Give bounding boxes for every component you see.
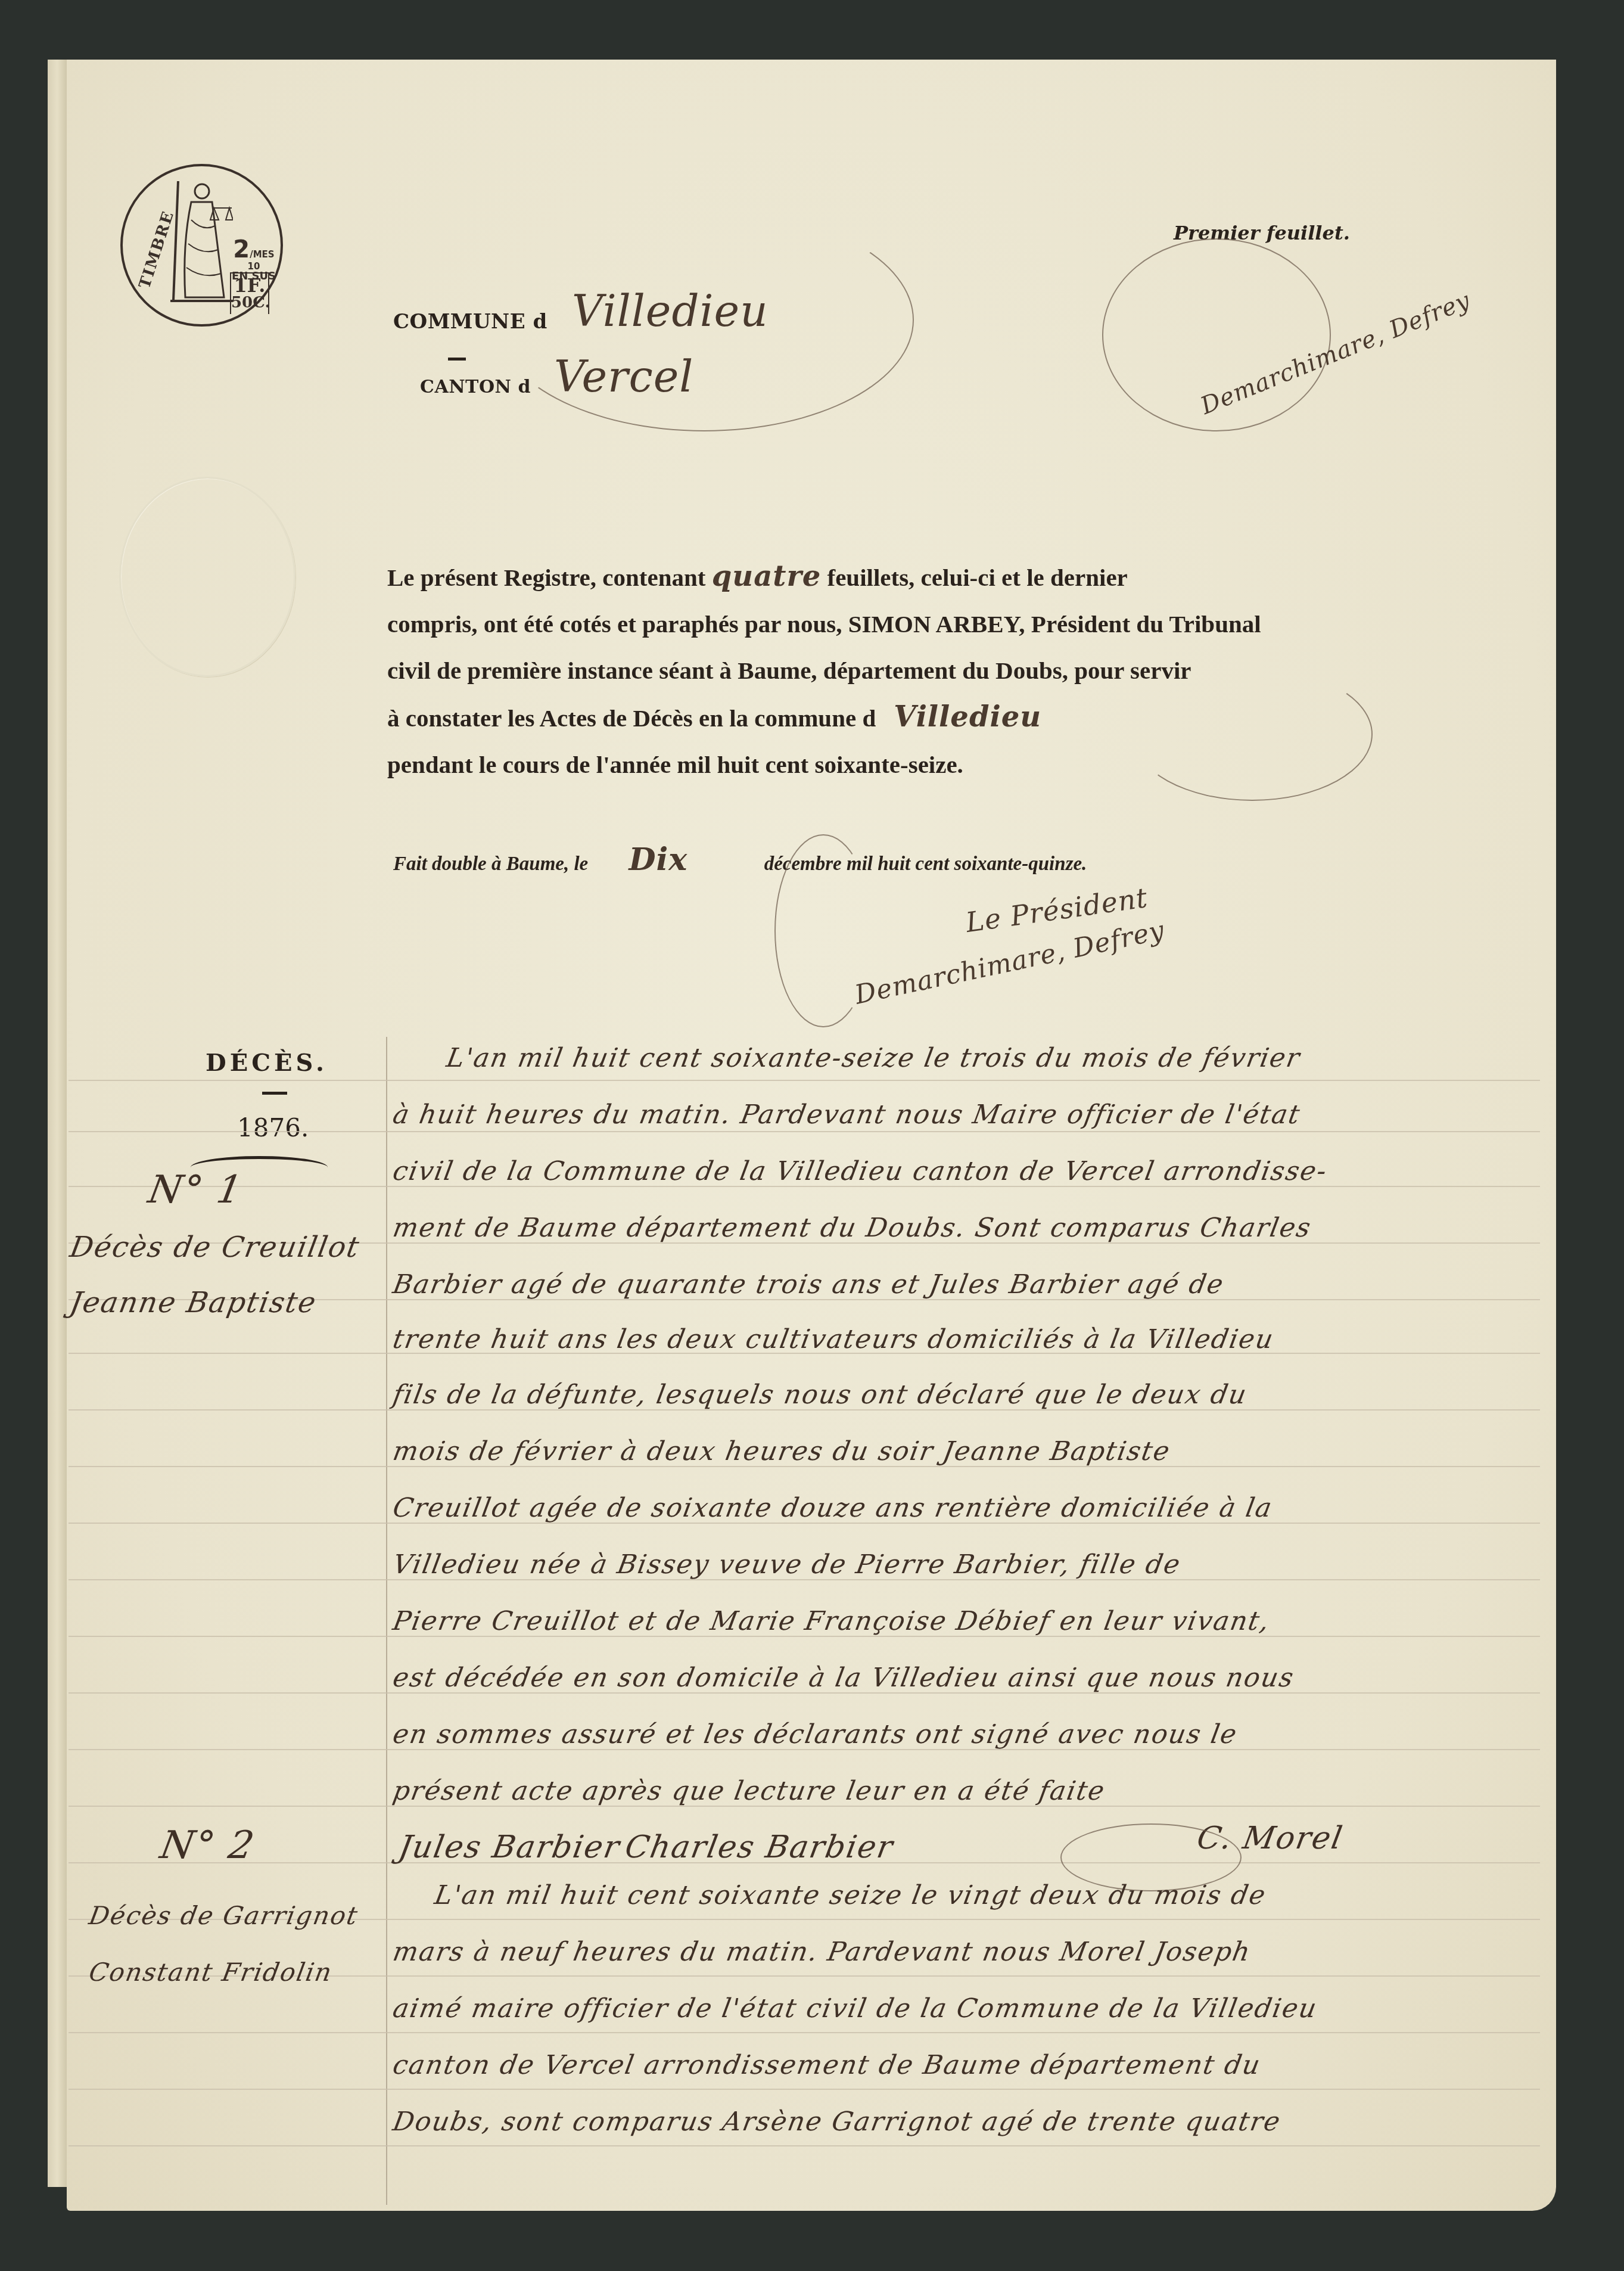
justice-figure-icon bbox=[167, 178, 233, 303]
entry-1-number: N° 1 bbox=[145, 1168, 246, 1212]
entry-2-margin-line-2: Constant Fridolin bbox=[87, 1958, 335, 1987]
entry-1-margin-line-1: Décès de Creuillot bbox=[67, 1231, 363, 1264]
entry-2-line: L'an mil huit cent soixante seize le vin… bbox=[433, 1880, 1269, 1910]
ruled-line bbox=[69, 1080, 1540, 1081]
section-title: DÉCÈS. bbox=[206, 1049, 328, 1077]
stamp-price: 1F. 50C. bbox=[230, 272, 269, 314]
entry-1-margin-line-2: Jeanne Baptiste bbox=[67, 1286, 319, 1319]
entry-1-line: Pierre Creuillot et de Marie Françoise D… bbox=[391, 1606, 1273, 1636]
paraph-flourish bbox=[494, 209, 914, 431]
entry-2-line: aimé maire officier de l'état civil de l… bbox=[391, 1993, 1320, 2024]
fait-double-line: Fait double à Baume, le Dix décembre mil… bbox=[393, 841, 1382, 878]
signature-flourish bbox=[774, 834, 872, 1027]
ruled-line bbox=[69, 2032, 1540, 2033]
entry-1-line: ment de Baume département du Doubs. Sont… bbox=[391, 1213, 1314, 1243]
entry-1-line: Villedieu née à Bissey veuve de Pierre B… bbox=[391, 1549, 1184, 1580]
entry-2-line: Doubs, sont comparus Arsène Garrignot ag… bbox=[391, 2107, 1284, 2137]
entry-2-line: mars à neuf heures du matin. Pardevant n… bbox=[391, 1937, 1253, 1967]
embossed-seal bbox=[119, 477, 295, 677]
entry-2-number: N° 2 bbox=[157, 1823, 258, 1868]
section-year: 1876. bbox=[237, 1113, 309, 1142]
day-handwritten: Dix bbox=[629, 841, 688, 878]
margin-rule bbox=[386, 1037, 387, 2205]
entry-1-line: est décédée en son domicile à la Villedi… bbox=[391, 1663, 1297, 1693]
ruled-line bbox=[69, 1131, 1540, 1132]
sheet-count-handwritten: quatre bbox=[712, 560, 822, 593]
entry-2-line: canton de Vercel arrondissement de Baume… bbox=[391, 2050, 1264, 2080]
entry-1-line: à huit heures du matin. Pardevant nous M… bbox=[391, 1099, 1303, 1130]
ruled-line bbox=[69, 2089, 1540, 2090]
cert-line-2: compris, ont été cotés et paraphés par n… bbox=[387, 601, 1376, 647]
signature-charles-barbier: Charles Barbier bbox=[623, 1829, 897, 1865]
cert-line-1: Le présent Registre, contenant quatre fe… bbox=[387, 553, 1376, 601]
entry-1-line: L'an mil huit cent soixante-seize le tro… bbox=[444, 1043, 1303, 1073]
paraph-flourish bbox=[1132, 667, 1373, 801]
section-divider bbox=[262, 1092, 287, 1095]
entry-1-line: fils de la défunte, lesquels nous ont dé… bbox=[391, 1380, 1250, 1410]
entry-1-line: en sommes assuré et les déclarants ont s… bbox=[391, 1719, 1240, 1750]
entry-1-line: Creuillot agée de soixante douze ans ren… bbox=[391, 1493, 1275, 1523]
entry-2-margin-line-1: Décès de Garrignot bbox=[87, 1901, 361, 1930]
header-divider bbox=[448, 358, 466, 361]
signature-jules-barbier: Jules Barbier bbox=[396, 1829, 623, 1865]
entry-1-line: trente huit ans les deux cultivateurs do… bbox=[391, 1324, 1277, 1354]
entry-1-line: présent acte après que lecture leur en a… bbox=[391, 1776, 1108, 1806]
revenue-stamp: TIMBRE 2/MES 10 EN SUS 1F. 50C. bbox=[120, 164, 283, 327]
canton-label: CANTON d bbox=[420, 377, 531, 397]
commune-handwritten: Villedieu bbox=[894, 700, 1041, 734]
ruled-line bbox=[69, 2145, 1540, 2146]
binding-strip bbox=[48, 60, 68, 2187]
entry-1-line: mois de février à deux heures du soir Je… bbox=[391, 1436, 1173, 1467]
entry-1-line: Barbier agé de quarante trois ans et Jul… bbox=[391, 1269, 1227, 1300]
entry-1-line: civil de la Commune de la Villedieu cant… bbox=[391, 1156, 1330, 1186]
